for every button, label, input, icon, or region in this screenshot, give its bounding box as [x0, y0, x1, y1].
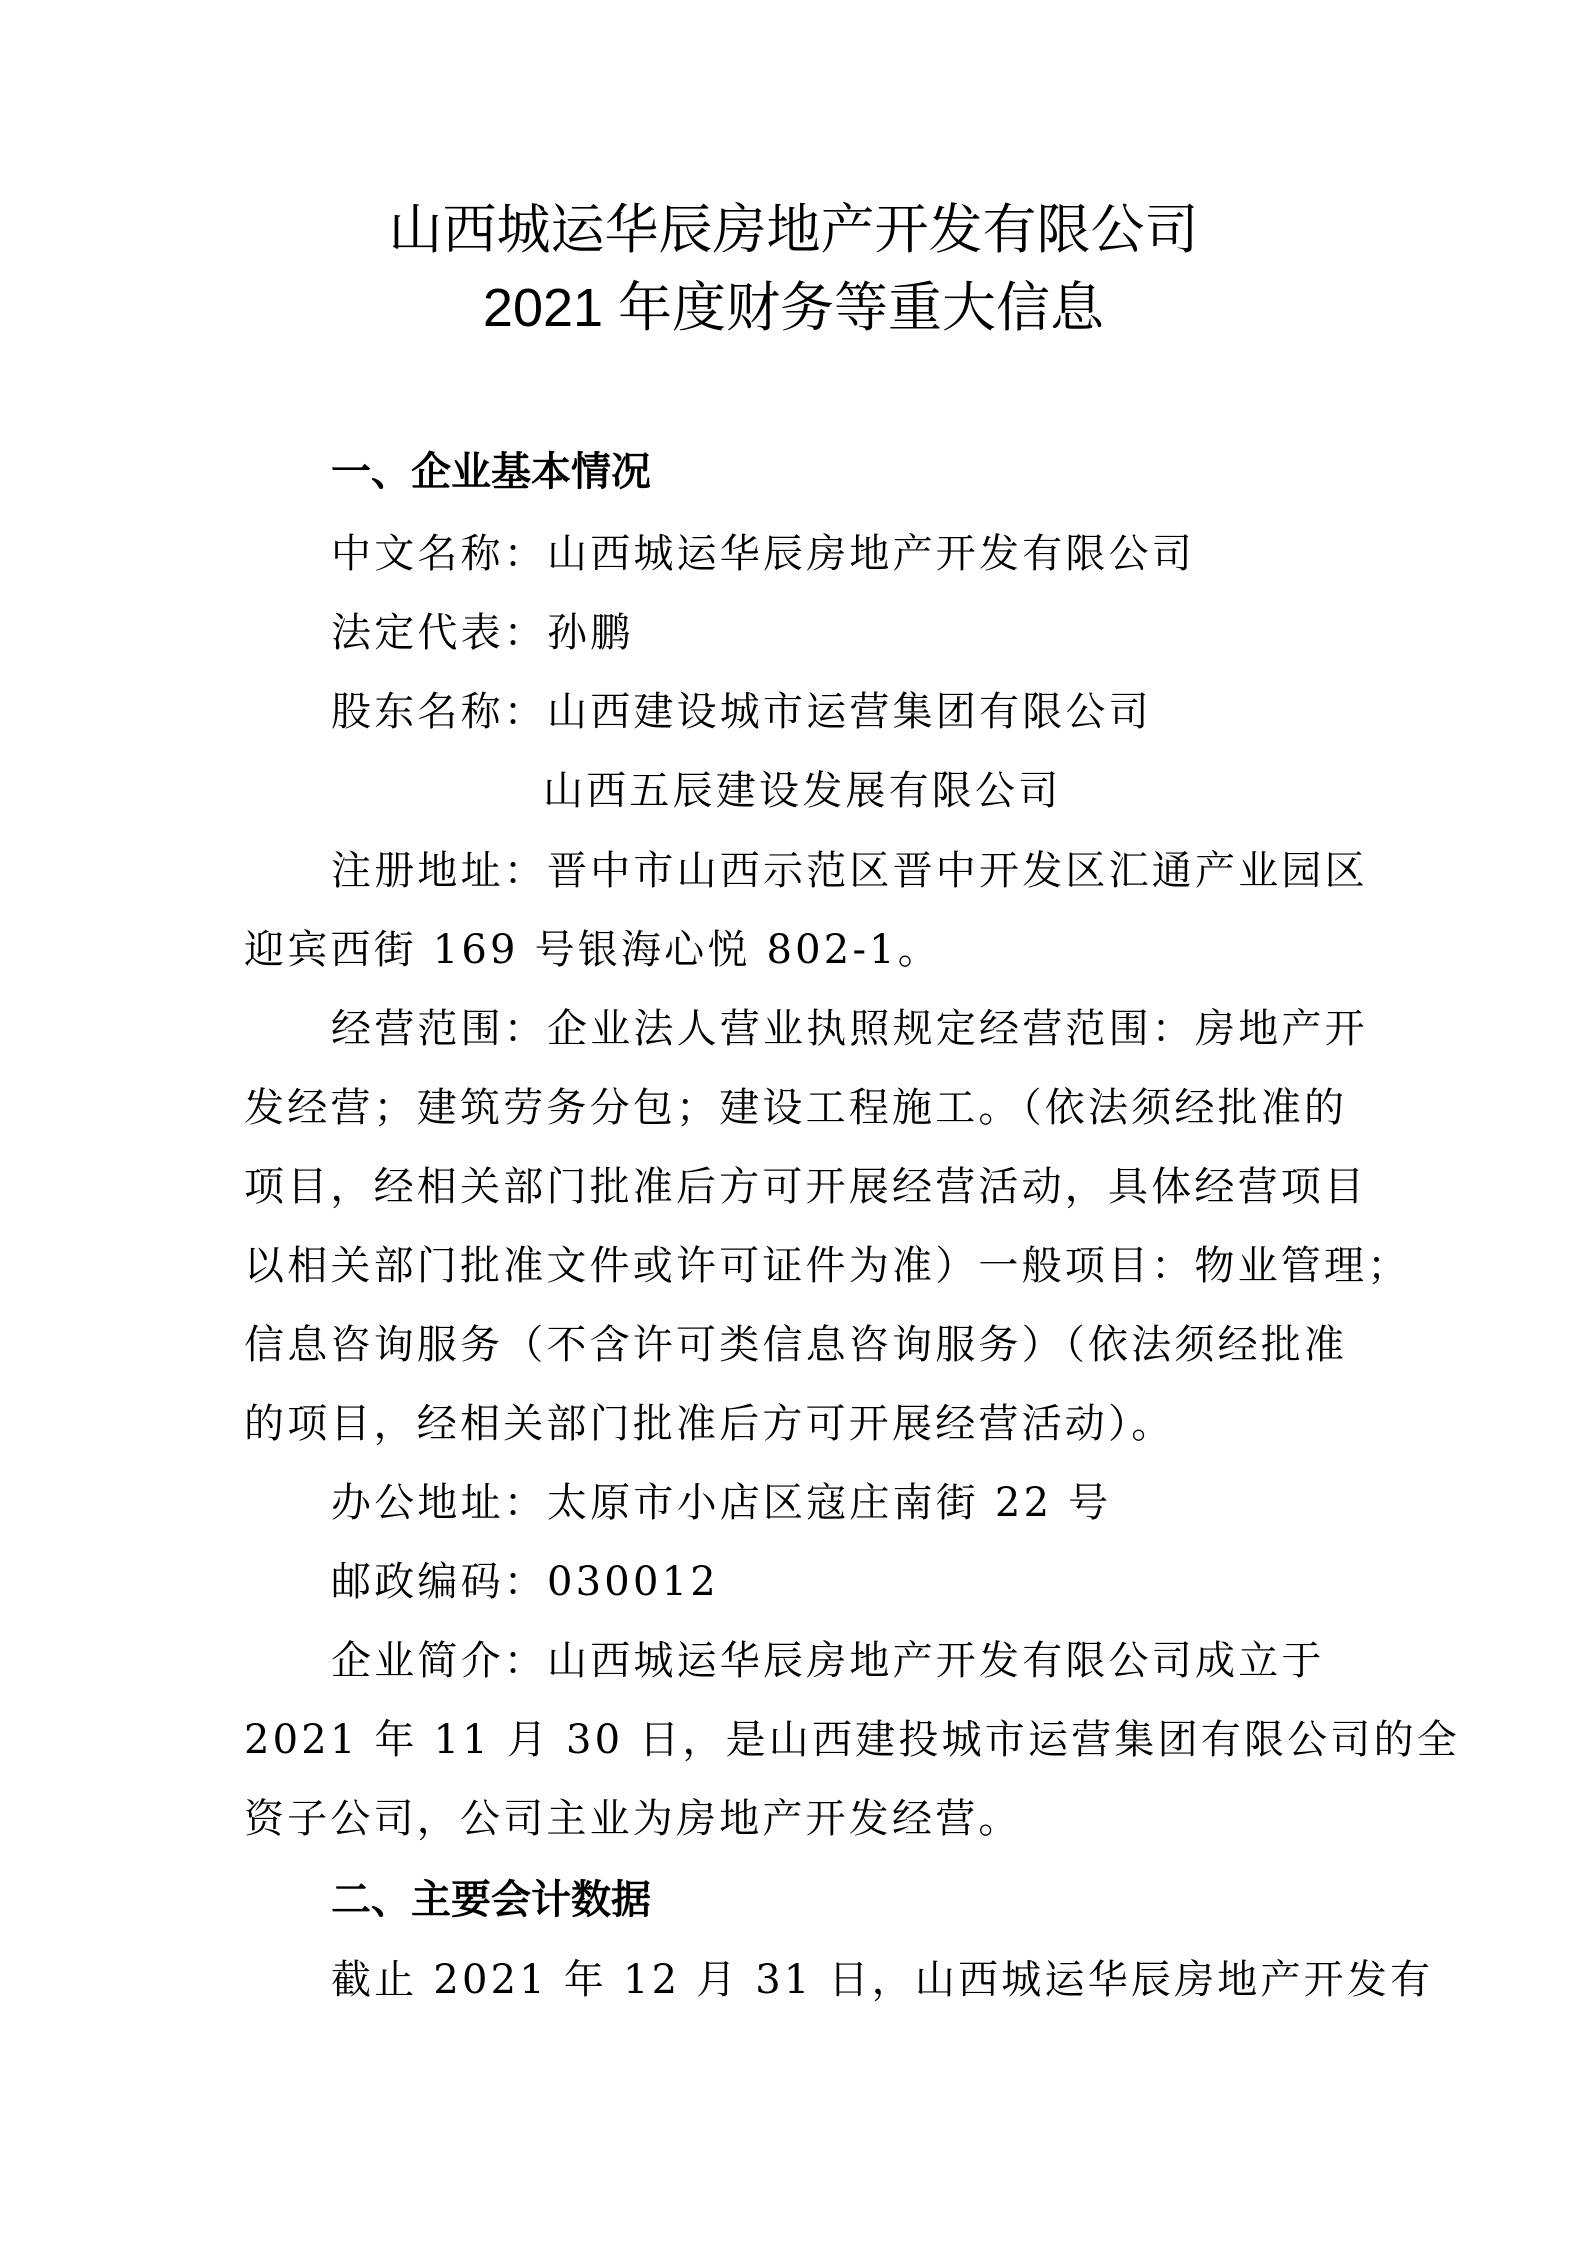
field-label: 中文名称：: [331, 531, 547, 577]
field-business-scope: 经营范围：企业法人营业执照规定经营范围：房地产开: [331, 1005, 1368, 1053]
field-registered-address-cont: 迎宾西街 169 号银海心悦 802-1。: [244, 926, 941, 974]
document-title-line1: 山西城运华辰房地产开发有限公司: [0, 200, 1587, 260]
document-page: 山西城运华辰房地产开发有限公司 2021 年度财务等重大信息 一、企业基本情况 …: [0, 0, 1587, 2245]
field-value: 030012: [547, 1559, 719, 1605]
field-value: 山西建设城市运营集团有限公司: [547, 689, 1152, 735]
field-value: 山西城运华辰房地产开发有限公司: [547, 531, 1195, 577]
accounting-data-line: 截止 2021 年 12 月 31 日，山西城运华辰房地产开发有: [331, 1956, 1433, 2004]
field-value: 太原市小店区寇庄南街 22 号: [547, 1480, 1111, 1526]
field-label: 企业简介：: [331, 1638, 547, 1684]
field-value: 晋中市山西示范区晋中开发区汇通产业园区: [547, 848, 1368, 894]
field-office-address: 办公地址：太原市小店区寇庄南街 22 号: [331, 1479, 1111, 1527]
field-label: 办公地址：: [331, 1480, 547, 1526]
business-scope-line: 以相关部门批准文件或许可证件为准）一般项目：物业管理；: [244, 1242, 1410, 1290]
field-value: 企业法人营业执照规定经营范围：房地产开: [547, 1006, 1368, 1052]
company-profile-line: 资子公司，公司主业为房地产开发经营。: [244, 1795, 1022, 1843]
business-scope-line: 信息咨询服务（不含许可类信息咨询服务）（依法须经批准: [244, 1321, 1347, 1369]
document-title-line2: 2021 年度财务等重大信息: [0, 278, 1587, 338]
field-label: 经营范围：: [331, 1006, 547, 1052]
field-shareholders: 股东名称：山西建设城市运营集团有限公司: [331, 688, 1152, 736]
business-scope-line: 项目，经相关部门批准后方可开展经营活动，具体经营项目: [244, 1163, 1367, 1211]
field-label: 法定代表：: [331, 610, 547, 656]
field-label: 注册地址：: [331, 848, 547, 894]
field-label: 股东名称：: [331, 689, 547, 735]
company-profile-line: 2021 年 11 月 30 日，是山西建投城市运营集团有限公司的全: [244, 1716, 1460, 1764]
field-value: 孙鹏: [547, 610, 633, 656]
business-scope-line: 的项目，经相关部门批准后方可开展经营活动）。: [244, 1400, 1174, 1448]
field-registered-address: 注册地址：晋中市山西示范区晋中开发区汇通产业园区: [331, 847, 1368, 895]
section-heading-accounting-data: 二、主要会计数据: [331, 1876, 651, 1924]
field-legal-representative: 法定代表：孙鹏: [331, 609, 633, 657]
field-value: 山西城运华辰房地产开发有限公司成立于: [547, 1638, 1325, 1684]
field-chinese-name: 中文名称：山西城运华辰房地产开发有限公司: [331, 530, 1195, 578]
field-shareholder-2: 山西五辰建设发展有限公司: [543, 767, 1061, 815]
business-scope-line: 发经营；建筑劳务分包；建设工程施工。（依法须经批准的: [244, 1084, 1347, 1132]
field-postal-code: 邮政编码：030012: [331, 1558, 719, 1606]
section-heading-basic-info: 一、企业基本情况: [331, 448, 651, 496]
field-company-profile: 企业简介：山西城运华辰房地产开发有限公司成立于: [331, 1637, 1325, 1685]
field-label: 邮政编码：: [331, 1559, 547, 1605]
